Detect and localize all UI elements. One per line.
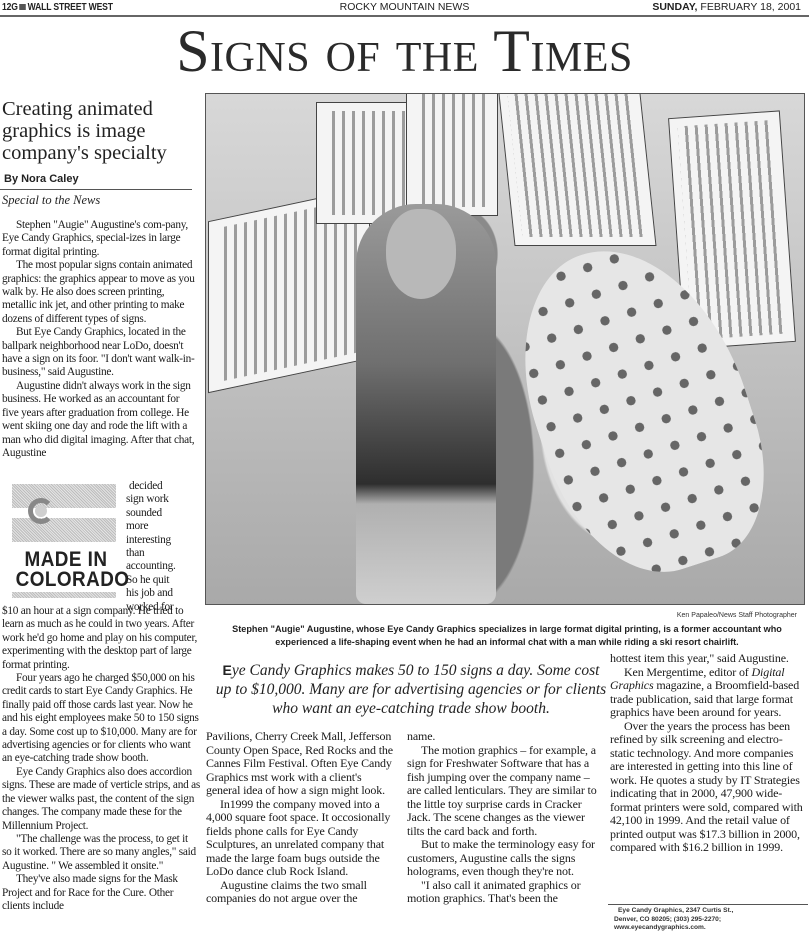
article-column-1-top: Stephen "Augie" Augustine's com-pany, Ey… [2, 219, 198, 460]
paragraph: They've also made signs for the Mask Pro… [2, 873, 200, 913]
deck-subheadline: Creating animated graphics is image comp… [2, 98, 200, 164]
byline-rule [0, 189, 192, 190]
paragraph: hottest item this year," said Augustine. [610, 652, 806, 666]
masthead: 12GWALL STREET WEST ROCKY MOUNTAIN NEWS … [0, 0, 809, 16]
wrap-line: accounting. [126, 560, 202, 573]
photo-building [406, 93, 498, 216]
article-column-2: Pavilions, Cherry Creek Mall, Jefferson … [206, 730, 396, 906]
photo-building [497, 93, 656, 246]
paragraph: Four years ago he charged $50,000 on his… [2, 672, 200, 766]
contact-address: Eye Candy Graphics, 2347 Curtis St., [614, 907, 809, 916]
photo-credit: Ken Papaleo/News Staff Photographer [677, 612, 797, 619]
paragraph: But Eye Candy Graphics, located in the b… [2, 326, 198, 380]
article-column-1-wrap: decided sign work sounded more interesti… [126, 480, 202, 614]
wrap-line: So he quit [126, 574, 202, 587]
flag-stripe-bottom [12, 518, 116, 542]
paragraph: Augustine claims the two small companies… [206, 879, 396, 906]
article-column-1-bottom: $10 an hour at a sign company. He tried … [2, 605, 200, 913]
wrap-line: than [126, 547, 202, 560]
masthead-rule [0, 15, 809, 17]
paragraph: Over the years the process has been refi… [610, 720, 806, 855]
issue-day: SUNDAY, [652, 1, 697, 13]
paragraph: "The challenge was the process, to get i… [2, 833, 200, 873]
article-photo [205, 93, 805, 605]
photo-person-face [386, 209, 456, 299]
special-credit: Special to the News [2, 193, 100, 208]
paragraph: Augustine didn't always work in the sign… [2, 380, 198, 460]
logo-line-1: MADE IN [16, 550, 117, 570]
article-column-4: hottest item this year," said Augustine.… [610, 652, 806, 855]
headline: Signs of the Times [0, 20, 809, 82]
made-in-colorado-logo: MADE IN COLORADO [10, 482, 118, 600]
contact-website-link[interactable]: www.eyecandygraphics.com. [614, 924, 809, 933]
paragraph: Eye Candy Graphics also does accordion s… [2, 766, 200, 833]
contact-info-box: Eye Candy Graphics, 2347 Curtis St., Den… [614, 907, 809, 933]
wrap-line: more [126, 520, 202, 533]
wrap-line: sounded [126, 507, 202, 520]
paragraph: Pavilions, Cherry Creek Mall, Jefferson … [206, 730, 396, 798]
wrap-line: decided [126, 480, 202, 493]
info-box-rule [608, 904, 808, 905]
made-in-colorado-text: MADE IN COLORADO [16, 550, 117, 590]
paragraph: $10 an hour at a sign company. He tried … [2, 605, 200, 672]
wrap-line: interesting [126, 534, 202, 547]
paragraph: In1999 the company moved into a 4,000 sq… [206, 798, 396, 879]
article-column-3: name. The motion graphics – for example,… [407, 730, 603, 906]
colorado-sun-icon [35, 505, 47, 517]
flag-stripe-top [12, 484, 116, 508]
paragraph: The most popular signs contain animated … [2, 259, 198, 326]
pull-quote-initial: E [223, 662, 232, 678]
paragraph: "I also call it animated graphics or mot… [407, 879, 603, 906]
issue-date-text: FEBRUARY 18, 2001 [700, 1, 801, 13]
issue-date: SUNDAY, FEBRUARY 18, 2001 [652, 1, 801, 13]
text-run: Ken Mergentime, editor of [624, 665, 752, 679]
wrap-line: his job and [126, 587, 202, 600]
pull-quote: Eye Candy Graphics makes 50 to 150 signs… [215, 661, 607, 718]
byline: By Nora Caley [4, 173, 79, 185]
paragraph: name. [407, 730, 603, 744]
pull-quote-text: ye Candy Graphics makes 50 to 150 signs … [216, 662, 606, 717]
paragraph: Ken Mergentime, editor of Digital Graphi… [610, 666, 806, 720]
photo-caption: Stephen "Augie" Augustine, whose Eye Can… [220, 623, 794, 649]
paragraph: But to make the terminology easy for cus… [407, 838, 603, 879]
logo-underline [12, 592, 116, 598]
logo-line-2: COLORADO [16, 570, 117, 590]
wrap-line: sign work [126, 493, 202, 506]
contact-city-phone: Denver, CO 80205; (303) 295-2270; [614, 916, 809, 925]
paragraph: Stephen "Augie" Augustine's com-pany, Ey… [2, 219, 198, 259]
paragraph: The motion graphics – for example, a sig… [407, 744, 603, 839]
